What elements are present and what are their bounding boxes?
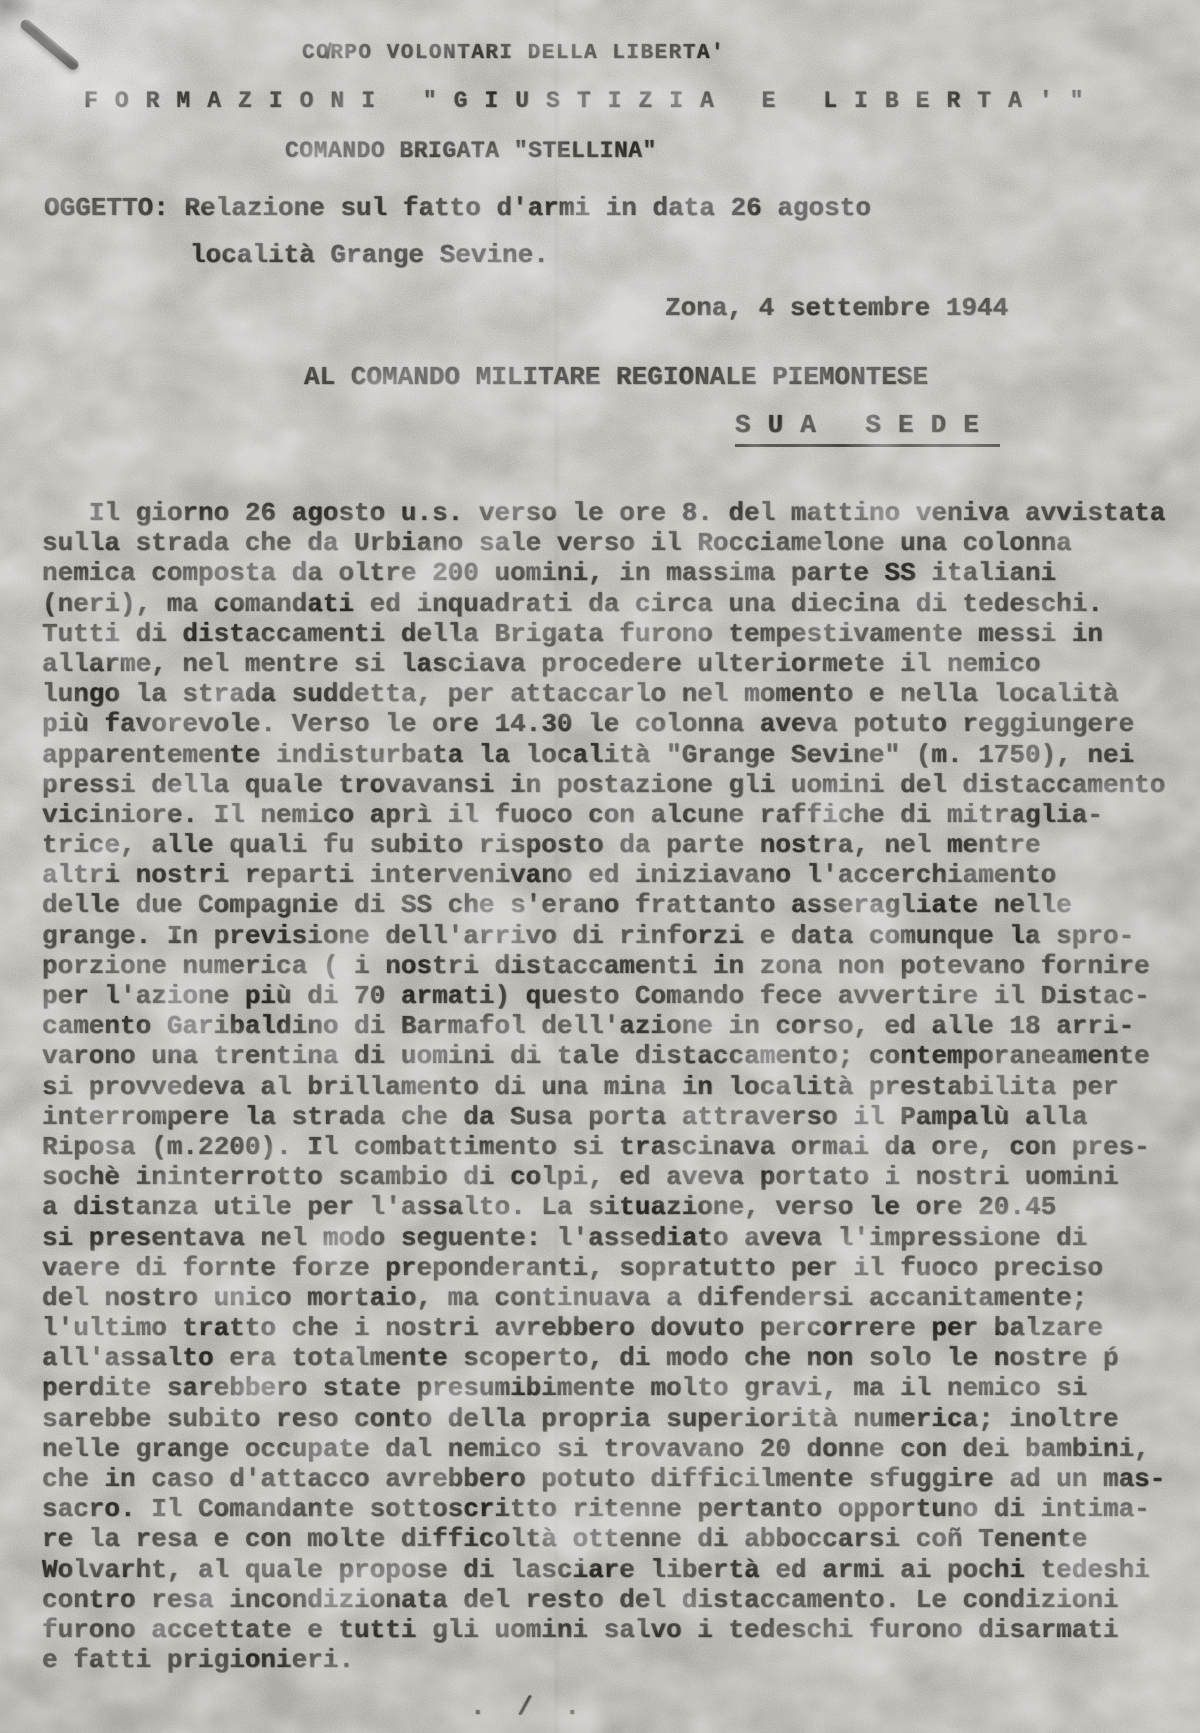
body-line: interrompere la strada che da Susa porta… bbox=[42, 1102, 1165, 1132]
body-line: e fatti prigionieri. bbox=[42, 1645, 1165, 1675]
body-line: nemica composta da oltre 200 uomini, in … bbox=[42, 558, 1165, 588]
body-line: contro resa incondizionata del resto del… bbox=[42, 1585, 1165, 1615]
body-line: varono una trentina di uomini di tale di… bbox=[42, 1041, 1165, 1071]
body-line: perdite sarebbero state presumibimente m… bbox=[42, 1373, 1165, 1403]
document-title-formation: FORMAZIONI "GIUSTIZIA E LIBERTA'" bbox=[84, 88, 1100, 114]
body-line: Il giorno 26 agosto u.s. verso le ore 8.… bbox=[42, 498, 1165, 528]
scanned-document-page: CO̸RPO VOLONTARI DELLA LIBERTA' FORMAZIO… bbox=[0, 0, 1200, 1733]
body-line: l'ultimo tratto che i nostri avrebbero d… bbox=[42, 1313, 1165, 1343]
body-line: lungo la strada suddetta, per attaccarlo… bbox=[42, 679, 1165, 709]
body-line: camento Garibaldino di Barmafol dell'azi… bbox=[42, 1011, 1165, 1041]
body-line: pressi della quale trovavansi in postazi… bbox=[42, 770, 1165, 800]
body-line: più favorevole. Verso le ore 14.30 le co… bbox=[42, 709, 1165, 739]
body-line: delle due Compagnie di SS che s'erano fr… bbox=[42, 890, 1165, 920]
body-line: re la resa e con molte difficoltà ottenn… bbox=[42, 1524, 1165, 1554]
subject-line: OGGETTO: Relazione sul fatto d'armi in d… bbox=[44, 193, 871, 223]
body-line: porzione numerica ( i nostri distaccamen… bbox=[42, 951, 1165, 981]
body-line: sochè ininterrotto scambio di colpi, ed … bbox=[42, 1162, 1165, 1192]
body-line: Riposa (m.2200). Il combattimento si tra… bbox=[42, 1132, 1165, 1162]
body-line: si presentava nel modo seguente: l'assed… bbox=[42, 1223, 1165, 1253]
recipient-line: AL COMANDO MILITARE REGIONALE PIEMONTESE bbox=[304, 362, 928, 392]
body-line: altri nostri reparti intervenivano ed in… bbox=[42, 860, 1165, 890]
body-line: sulla strada che da Urbiano sale verso i… bbox=[42, 528, 1165, 558]
body-line: allarme, nel mentre si lasciava proceder… bbox=[42, 649, 1165, 679]
body-line: viciniore. Il nemico aprì il fuoco con a… bbox=[42, 800, 1165, 830]
recipient-seat-line: SUA SEDE bbox=[735, 410, 1000, 447]
body-line: vaere di fornte forze preponderanti, sop… bbox=[42, 1253, 1165, 1283]
body-line: furono accettate e tutti gli uomini salv… bbox=[42, 1615, 1165, 1645]
body-line: sarebbe subito reso conto della propria … bbox=[42, 1404, 1165, 1434]
body-line: (neri), ma comandati ed inquadrati da ci… bbox=[42, 589, 1165, 619]
subject-location-line: località Grange Sevine. bbox=[190, 240, 549, 270]
body-line: per l'azione più di 70 armati) questo Co… bbox=[42, 981, 1165, 1011]
body-line: si provvedeva al brillamento di una mina… bbox=[42, 1072, 1165, 1102]
body-line: Wolvarht, al quale propose di lasciare l… bbox=[42, 1555, 1165, 1585]
body-line: apparentemente indisturbata la località … bbox=[42, 740, 1165, 770]
body-line: sacro. Il Comandante sottoscritto ritenn… bbox=[42, 1494, 1165, 1524]
document-title-command: COMANDO BRIGATA "STELLINA" bbox=[285, 138, 657, 164]
body-line: nelle grange occupate dal nemico si trov… bbox=[42, 1434, 1165, 1464]
body-line: del nostro unico mortaio, ma continuava … bbox=[42, 1283, 1165, 1313]
document-title-corps: CO̸RPO VOLONTARI DELLA LIBERTA' bbox=[302, 42, 725, 65]
dateline: Zona, 4 settembre 1944 bbox=[665, 293, 1008, 323]
body-line: che in caso d'attacco avrebbero potuto d… bbox=[42, 1464, 1165, 1494]
continuation-mark: . / . bbox=[470, 1692, 588, 1722]
body-line: trice, alle quali fu subito risposto da … bbox=[42, 830, 1165, 860]
body-line: Tutti di distaccamenti della Brigata fur… bbox=[42, 619, 1165, 649]
body-line: all'assalto era totalmente scoperto, di … bbox=[42, 1343, 1165, 1373]
report-body: Il giorno 26 agosto u.s. verso le ore 8.… bbox=[42, 498, 1165, 1675]
body-line: a distanza utile per l'assalto. La situa… bbox=[42, 1192, 1165, 1222]
body-line: grange. In previsione dell'arrivo di rin… bbox=[42, 921, 1165, 951]
staple-mark bbox=[18, 17, 80, 72]
